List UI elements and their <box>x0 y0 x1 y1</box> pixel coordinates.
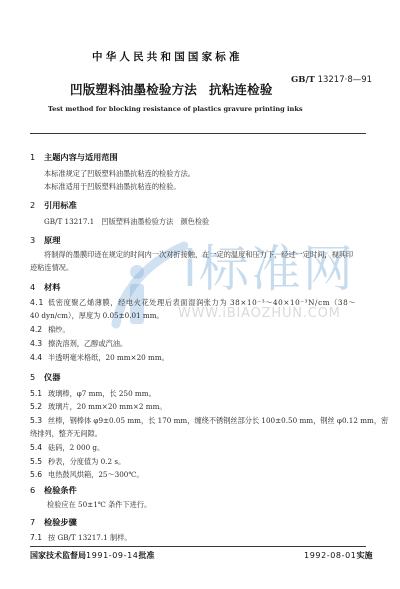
item-5-3: 5.3丝棒，钢棒体 φ9±0.05 mm，长 170 mm，缠绕不锈钢丝部分长 … <box>30 417 388 425</box>
normative-reference: GB/T 13217.1 凹版塑料油墨检验方法 颜色检验 <box>44 218 209 225</box>
item-4-1: 4.1低密度聚乙烯薄膜，经电火花处理后表面湿润张力为 38×10⁻³～40×10… <box>30 299 356 307</box>
item-5-2: 5.2玻璃片，20 mm×20 mm×2 mm。 <box>30 403 167 411</box>
item-5-5: 5.5秒表，分度值为 0.2 s。 <box>30 458 125 466</box>
title-part2: 抗粘连检验 <box>209 82 273 97</box>
section-1-line-2: 本标准适用于凹版塑料油墨抗粘连的检验。 <box>44 183 181 190</box>
item-5-6: 5.6电热鼓风烘箱，25～300℃。 <box>30 471 144 479</box>
header-divider <box>30 133 366 134</box>
national-standard-heading: 中华人民共和国国家标准 <box>92 52 243 63</box>
section-3-line-2: 迹粘连情况。 <box>30 264 73 271</box>
watermark-url: WWW.iBIAOZHUN.COM <box>178 307 341 320</box>
standard-code-prefix: GB/T <box>291 75 315 85</box>
section-2-heading: 2引用标准 <box>30 201 77 209</box>
item-7-1: 7.1按 GB/T 13217.1 制样。 <box>30 534 132 542</box>
item-5-1: 5.1玻璃棒，φ7 mm，长 250 mm。 <box>30 390 156 398</box>
section-6-heading: 6检验条件 <box>30 486 77 494</box>
effective-line: 1992-08-01实施 <box>304 552 373 560</box>
standard-code: GB/T 13217·8—91 <box>291 76 372 85</box>
document-title: 凹版塑料油墨检验方法抗粘连检验 <box>70 84 273 97</box>
section-5-heading: 5仪器 <box>30 373 60 381</box>
footer-divider <box>30 546 366 547</box>
section-3-line-1: 将制得的墨膜印迹在规定的时间内一次对折接触，在一定的温度和压力下，经过一定时间，… <box>44 251 353 258</box>
section-4-heading: 4材料 <box>30 283 60 291</box>
english-title: Test method for blocking resistance of p… <box>48 106 303 113</box>
item-4-4: 4.4半透明毫米格纸，20 mm×20 mm。 <box>30 354 169 362</box>
item-4-1-continued: 40 dyn/cm），厚度为 0.05±0.01 mm。 <box>30 312 164 319</box>
section-3-heading: 3原理 <box>30 236 60 244</box>
item-5-4: 5.4砝码，2 000 g。 <box>30 444 104 452</box>
approval-line: 国家技术监督局1991-09-14批准 <box>30 552 155 560</box>
test-condition: 检验应在 50±1℃ 条件下进行。 <box>47 501 151 508</box>
standard-code-number: 13217·8—91 <box>315 75 372 85</box>
section-1-line-1: 本标准规定了凹版塑料油墨抗粘连的检验方法。 <box>44 170 195 177</box>
item-4-3: 4.3擦洗溶剂，乙醇或汽油。 <box>30 340 127 348</box>
item-4-2: 4.2棉纱。 <box>30 326 70 334</box>
section-7-heading: 7检验步骤 <box>30 518 77 526</box>
title-part1: 凹版塑料油墨检验方法 <box>70 82 197 97</box>
section-1-heading: 1主题内容与适用范围 <box>30 153 118 161</box>
item-5-3-continued: 绕排列，整齐无间隙。 <box>30 430 102 437</box>
